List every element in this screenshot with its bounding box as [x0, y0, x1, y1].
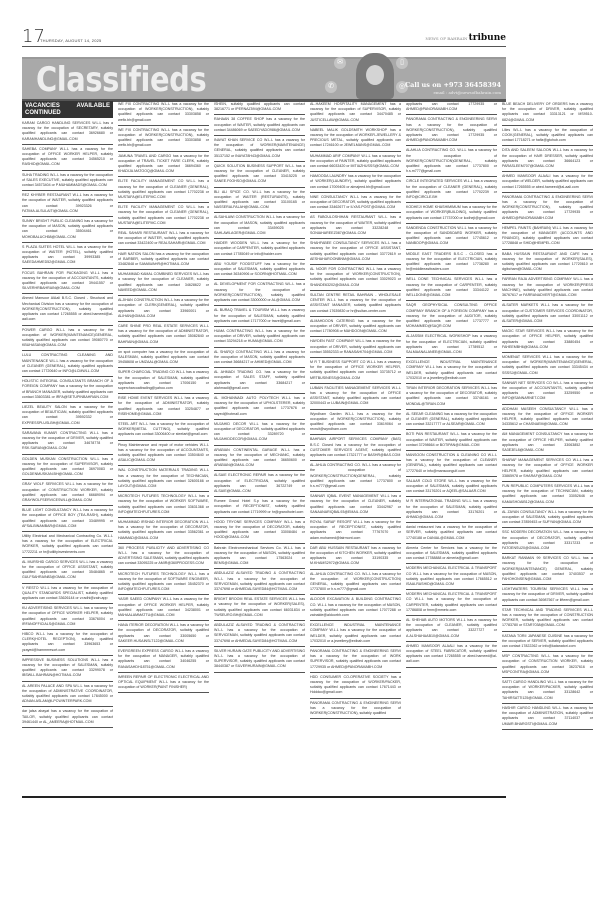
- classified-ad: FOCUS BAHRAIN FOR PACKAGING W.L.L has a …: [22, 270, 113, 295]
- classified-ad: BLUE LIGHT CONSULTANCY W.L.L has a vacan…: [22, 507, 113, 532]
- column-3: ISHEIN, suitably qualified applicants ca…: [214, 101, 305, 796]
- classified-ad: LIEZEL BEAUTY SALON has a vacancy for th…: [22, 404, 113, 429]
- classified-ad: AL NOOR FOR CONTRACTING W.L.L has a vaca…: [310, 266, 401, 291]
- classified-ad: HEMPEL PAINTS (BAHRAIN) W.L.L has a vaca…: [502, 225, 593, 250]
- ad-list: applicants can contact 17729935 or AHMED…: [406, 101, 497, 668]
- ad-list: AL-HAKEEM HOSPITALITY MANAGEMENT has a v…: [310, 101, 401, 719]
- classified-ad: SULTAN CENTRE RETAIL BAHRAIN - WHOLESALE…: [310, 292, 401, 317]
- classified-ad: ALSAIE ELECTRONIC REPAIR has a vacancy f…: [214, 472, 305, 497]
- classified-ad: MICROTECH FUTURES TECHNOLOGY W.L.L has a…: [118, 571, 209, 596]
- classified-ad: Pinoy Maintenance and repair of motor ve…: [118, 442, 209, 467]
- classified-ad: MAGIC STAR SERVICES W.L.L has a vacancy …: [502, 328, 593, 353]
- classified-ad: Wyndham Garden W.L.L has a vacancy for t…: [310, 411, 401, 436]
- classified-ad: M R T BUSINESS SUPPORT CO W.L.L has a va…: [310, 359, 401, 384]
- classified-ad: SSC MODERN DECORATION W.L.L has a vacanc…: [502, 529, 593, 554]
- classified-ad: IMPRESSIVE BUSINESS SOLUTIONS W.L.L has …: [22, 657, 113, 682]
- classified-ad: REAL SAHARI RESTAURANT W.L.L has a vacan…: [118, 230, 209, 250]
- classified-ad: PANORAMA CONTRACTING & ENGINEERING SERVI…: [502, 194, 593, 224]
- classified-ad: MUHAMMAD IRSHAD INTERIOR DECORATION W.L.…: [118, 519, 209, 544]
- classified-ad: KU ADVERTISING SERVICES W.L.L has a vaca…: [22, 605, 113, 630]
- classified-ad: WELL DONE TECHNICAL SERVICES W.L.L has a…: [406, 276, 497, 301]
- call-us-text: Call us on +973 36458394: [405, 81, 501, 89]
- classified-ad: HOOD TRYONE SERVICES COMPANY W.L.L has a…: [214, 519, 305, 544]
- classified-ad: KATANA TORII JAPANESE CUISINE has a vaca…: [502, 633, 593, 653]
- logo-text: tribune: [469, 33, 506, 43]
- classified-ad: SANNAR IQBAL EVENT MANAGEMENT W.L.L has …: [310, 493, 401, 518]
- classified-ad: MUHAMMAD KAMAL COMBINED SERVICES W.L.L h…: [118, 271, 209, 296]
- classified-ad: TIRAN INTERIOR DECORATION SERVICES W.L.L…: [406, 385, 497, 410]
- envelope-icon: ✉: [334, 57, 346, 69]
- classified-ad: SANNAR NET SERVICES CO W.L.L has a vacan…: [502, 380, 593, 405]
- classified-ad: HAIDER WOODEN W.L.L has a vacancy for th…: [214, 240, 305, 260]
- classified-ad: PANORAMA CONTRACTING & ENGINEERING SERVI…: [310, 700, 401, 720]
- column-4: AL-HAKEEM HOSPITALITY MANAGEMENT has a v…: [310, 101, 401, 796]
- classified-ad: AL DEVELOPMENT FOR CONTRACTING W.L.L has…: [214, 281, 305, 306]
- classified-ad: AHMED MANSOOR ALAALI has a vacancy for t…: [406, 643, 497, 668]
- classified-ad: ALMAHDOON CATERING has a vacancy for the…: [310, 318, 401, 338]
- section-heading: VACANCIES AVAILABLE CONTINUED: [22, 101, 113, 118]
- classified-ad: Bahrain Electromechanical Services Co. W…: [214, 545, 305, 570]
- classified-ad: Almeria Center for Services has a vacanc…: [406, 545, 497, 565]
- classified-ad: ABU YOUSIF FOODSTUFF has a vacancy for t…: [214, 261, 305, 281]
- classified-ad: KARAM CARGO HANDLING SERVICES W.L.L has …: [22, 120, 113, 145]
- mascot-illustration: [356, 53, 394, 99]
- page-number: 17: [22, 26, 45, 47]
- classified-ad: ARABIAN CONTINENTAL GARAGE W.L.L has a v…: [214, 447, 305, 472]
- classified-ad: applicants can contact 17729935 or AHMED…: [406, 101, 497, 115]
- classified-ad: PANORAMA CONTRACTING & ENGINEERING SERVI…: [406, 116, 497, 146]
- classified-ad: Utility Electrical and Mechanical Contra…: [22, 533, 113, 558]
- classified-ad: HAYDEN FAST COMPANY W.L.L has a vacancy …: [310, 338, 401, 358]
- classified-ad: M R INTERNATIONAL TRADING W.L.L has a va…: [406, 498, 497, 523]
- bottom-rule: [22, 796, 506, 798]
- classified-ad: ADDHAM MASEEH CONSULTANCY W.L.L has a va…: [502, 406, 593, 431]
- mobile-icon: ▯: [396, 57, 408, 69]
- classified-ad: SILVER HURAIN GATE PUBLICITY AND ADVERTI…: [214, 648, 305, 673]
- classified-ad: HASHIR CARGO HANDLING W.L.L has a vacanc…: [502, 705, 593, 730]
- classified-ad: on spot computer has a vacancy for the o…: [118, 349, 209, 369]
- page-header: 17 THURSDAY, AUGUST 14, 2025 NEWS OF BAH…: [22, 32, 506, 47]
- classified-ad: AM MANAGEMENT CONSULTANCY has a vacancy …: [502, 431, 593, 456]
- classified-ad: Rumee Grand Hotel S.p has a vacancy for …: [214, 498, 305, 518]
- column-6: BLUE BEACH DELIVERY OF ORDERS has a vaca…: [502, 101, 593, 796]
- classifieds-columns: VACANCIES AVAILABLE CONTINUED KARAM CARG…: [22, 101, 599, 796]
- classified-ad: ELITE FACILITY MANAGEMENT CO W.L.L has a…: [118, 204, 209, 229]
- classified-ad: SAHEBA COMPANY W.L.L has a vacancy for t…: [22, 146, 113, 171]
- classified-ad: AL MOHANNADI AUTO POLYTECH W.L.L has a v…: [214, 395, 305, 420]
- classified-ad: DAR ABU HUSSAIN RESTAURANT has a vacancy…: [310, 545, 401, 570]
- classified-ad: LUBAIN FACILITIES MANAGEMENT SERVICES W.…: [310, 385, 401, 410]
- classified-ad: BRIGHT BROOM REAL ESTATE SERVICES W.L.L …: [214, 596, 305, 621]
- classified-ad: DITA AND SALEEM SALOON W.L.L has a vacan…: [502, 147, 593, 172]
- classified-ad: dar jalsa abayat has a vacancy for the o…: [22, 708, 113, 728]
- classified-ad: CIRCLE INTEGRATED SERVICES W.L.L has a v…: [406, 178, 497, 203]
- classified-ad: IMREEN REPAIR OF ELECTRONIC ELECTRICAL A…: [118, 674, 209, 694]
- classified-ad: RISE HOME EVENT SERVICES W.L.L has a vac…: [118, 395, 209, 420]
- classified-ad: SARAVANA KUMAR CONTRACTING W.L.L has a v…: [22, 430, 113, 455]
- classified-ad: ABDULAZIZ ALSAYED TRADING & CONTRACTING …: [214, 570, 305, 595]
- classified-ad: ALAHLIA CONTRACTING CO. W.L.L has a vaca…: [406, 147, 497, 177]
- contact-email: email : advt@newsofbahrain.com: [433, 90, 501, 95]
- classified-ad: SALAAR COLD STORE W.L.L has a vacancy fo…: [406, 478, 497, 498]
- banner-title: Classifieds: [36, 60, 206, 100]
- classified-ad: AS FABOULOSHIHAN RESTAURANT W.L.L has a …: [310, 214, 401, 239]
- classified-ad: AL-HAKEEM HOSPITALITY MANAGEMENT has a v…: [310, 101, 401, 126]
- ad-list: KARAM CARGO HANDLING SERVICES W.L.L has …: [22, 120, 113, 728]
- classified-ad: NINE CONSULTANCY W.L.L has a vacancy for…: [310, 194, 401, 214]
- classified-ad: WE FIX CONTRACTING W.L.L has a vacancy f…: [118, 127, 209, 152]
- classified-ad: CARE SHINE PRO REAL ESTATE SERVICES W.L.…: [118, 323, 209, 348]
- classified-ad: ALSATER MARKETS W.L.L has a vacancy for …: [502, 302, 593, 327]
- classified-ad: HDD CONSUMER CO-OPERATIVE SOCIETY has a …: [310, 674, 401, 699]
- classified-ad: Lilies W.L.L has a vacancy for the occup…: [502, 127, 593, 147]
- classified-ad: WAL CONSTRUCTION MATERIALS TRADING W.L.L…: [118, 467, 209, 492]
- classified-ad: SATTI CARGO HANDLING W.L.L has a vacancy…: [502, 679, 593, 704]
- classified-ad: JAMUNA TRAVEL AND CARGO has a vacancy fo…: [118, 153, 209, 178]
- classified-ad: EXCELLENCE INDUSTRIAL MAINTENANCE COMPAN…: [406, 359, 497, 384]
- classified-ad: MSP CONTRACTING W.L.L has a vacancy for …: [502, 653, 593, 678]
- classified-ad: STAR TECHNICAL AND TRADING SERVICES W.L.…: [502, 607, 593, 632]
- classified-ad: MOMENAT SERVICES W.L.L has a vacancy for…: [502, 354, 593, 379]
- classified-ad: QUICK SOLUTION BUSINESS SUPPORT W.L.L ha…: [214, 163, 305, 188]
- classified-ad: MIDDLE EAST TRADERS B.S.C - CLOSED has a…: [406, 251, 497, 276]
- classified-ad: HANA ITERIOR DECORATION W.L.L has a vaca…: [118, 622, 209, 647]
- classified-ad: LULU CONTRACTING CLEANING AND MAINTENANC…: [22, 352, 113, 377]
- classified-ad: AL SHEHAB AUTO MOTORS W.L.L has a vacanc…: [406, 617, 497, 642]
- classified-ad: S PLAZA SUITES HOTEL W.L.L has a vacancy…: [22, 244, 113, 269]
- newspaper-logo: NEWS OF BAHRAINtribune: [425, 33, 506, 43]
- classified-ad: PANORAMA CONTRACTING & ENGINEERING SERVI…: [310, 648, 401, 673]
- classified-ad: Ahmed Mansoor AlAali B.S.C. Closed - Str…: [22, 295, 113, 325]
- classified-ad: ELITE FACILITY MANAGEMENT CO W.L.L has a…: [118, 178, 209, 203]
- classified-ad: SUNNY BRIGHT PUBLIC CLEANING has a vacan…: [22, 218, 113, 243]
- classified-ad: AL-AHLIA CONTRACTING CO. W.L.L has a vac…: [310, 571, 401, 596]
- classified-ad: HAIR NATION SALON has a vacancy for the …: [118, 251, 209, 271]
- classified-ad: NABEEL MALIK GOLDSMITH WORKSHOP has a va…: [310, 127, 401, 152]
- phone-icon: ✆: [325, 81, 337, 93]
- classified-ad: AL SHARQI CONTRACTING W.L.L has a vacanc…: [214, 349, 305, 369]
- classified-ad: STEEL ART W.L.L has a vacancy for the oc…: [118, 421, 209, 441]
- classified-ad: FARRAN RAJA ADVERTISING COMPANY W.L.L ha…: [502, 276, 593, 301]
- classified-ad: GRAY WOLF SERVICES W.L.L has a vacancy f…: [22, 481, 113, 506]
- classified-ad: EXCELLENCE INDUSTRIAL MAINTENANCE COMPAN…: [310, 622, 401, 647]
- classified-ad: AHMED MANSOOR ALAALI has a vacancy for t…: [502, 173, 593, 193]
- classified-ad: SAQR GEOPHYSICAL CONSULTING OFFICE COMPA…: [406, 302, 497, 332]
- classified-ad: INAYAT KHAN SERVICE CO W.L.L has a vacan…: [214, 137, 305, 162]
- classified-ad: MICROTECH FUTURES TECHNOLOGY W.L.L has a…: [118, 493, 209, 518]
- classified-ad: WE FIX CONTRACTING W.L.L has a vacancy f…: [118, 101, 209, 126]
- classified-ad: MUHAMMAD ARIF COMPANY W.L.L has a vacanc…: [310, 153, 401, 173]
- ad-list: BLUE BEACH DELIVERY OF ORDERS has a vaca…: [502, 101, 593, 730]
- classified-ad: HIBCO W.L.L has a vacancy for the occupa…: [22, 631, 113, 656]
- classified-ad: ROYAL SARAF RESORT W.L.L has a vacancy f…: [310, 519, 401, 544]
- classified-ad: AL AREEN PALACE AND SPA W.L.L has a vaca…: [22, 683, 113, 708]
- classified-ad: MUJAHID DECOR W.L.L has a vacancy for th…: [214, 421, 305, 446]
- classified-ad: HUMA CONTRACTING W.L.L has a vacancy for…: [214, 328, 305, 348]
- classified-ad: BLI ALI SPICE CO. W.L.L has a vacancy fo…: [214, 189, 305, 214]
- column-2: WE FIX CONTRACTING W.L.L has a vacancy f…: [118, 101, 209, 796]
- classified-ad: EVERGREEN EXPRESS CARGO W.L.L has a vaca…: [118, 648, 209, 673]
- classified-ad: BLUE BEACH DELIVERY OF ORDERS has a vaca…: [502, 101, 593, 126]
- classified-ad: BARKAT RANMAN 99 SERVICES CO W.L.L has a…: [502, 555, 593, 585]
- classified-ad: BAHRAIN AIRPORT SERVICES COMPANY (BAS) B…: [310, 436, 401, 461]
- classified-ad: YASIR SAEED COMPANY W.L.L has a vacancy …: [118, 596, 209, 621]
- classified-ad: POWER CARGO W.L.L has a vacancy for the …: [22, 327, 113, 352]
- classified-ad: ALJASSIM ELECTRICAL WORKSHOP has a vacan…: [406, 333, 497, 358]
- issue-date: THURSDAY, AUGUST 14, 2025: [40, 38, 101, 43]
- classified-ad: MANSOON CONSTRUCTION & CLEANING CO W.L.L…: [406, 452, 497, 477]
- classified-ad: ALJIHAN CONSTRUCTION W.L.L has a vacancy…: [118, 297, 209, 322]
- classified-ad: 360 PROCESS PUBLICITY AND ADVERTISING CO…: [118, 545, 209, 570]
- logo-prefix: NEWS OF BAHRAIN: [425, 36, 467, 41]
- classified-ad: ALDOOR EXCAVATION & BUILDING CONTRACTING…: [310, 596, 401, 621]
- classified-ad: AL SEEAR CLEANING has a vacancy for the …: [406, 411, 497, 431]
- ad-list: ISHEIN, suitably qualified applicants ca…: [214, 101, 305, 673]
- classified-ad: ALSAHLAWI CONSTRUCTION W.L.L has a vacan…: [214, 214, 305, 239]
- classified-ad: SUPER CHARCOAL TRADING CO W.L.L has a va…: [118, 369, 209, 394]
- classifieds-banner: Classifieds ✉ ✆ ▯ ◎ Call us on +973 3645…: [22, 57, 506, 102]
- classified-ad: AL AHMADI TRADING CO. has a vacancy for …: [214, 369, 305, 394]
- classified-ad: SUHA TRADING W.L.L has a vacancy for the…: [22, 172, 113, 192]
- column-5: applicants can contact 17729935 or AHMED…: [406, 101, 497, 796]
- classified-ad: HOLISTIC INTEGRAL CONSULTANTS BRANCH OF …: [22, 378, 113, 403]
- classified-ad: SANDENDA CONSTRUCTION W.L.L has a vacanc…: [406, 225, 497, 250]
- classified-ad: GOLDEN MUSKAN CONSTRUCTION W.L.L has a v…: [22, 456, 113, 481]
- classified-ad: ABDULAZIZ ALSAYED TRADING & CONTRACTING …: [214, 622, 305, 647]
- classified-ad: AL ZAYAN CONSULTANCY W.L.L has a vacancy…: [502, 509, 593, 529]
- classified-ad: KODHEJI HOME KHASHIMIMUM has a vacancy f…: [406, 204, 497, 224]
- classified-ad: danial restaurant has a vacancy for the …: [406, 524, 497, 544]
- classified-ad: BOTI PAN RESTAURANT W.L.L has a vacancy …: [406, 431, 497, 451]
- classified-ad: AL MURSHID CARGO SERVICES W.L.L has a va…: [22, 559, 113, 584]
- classified-ad: AL BURAQ TRAVEL & TOURISM W.L.L has a va…: [214, 307, 305, 327]
- classified-ad: AL-AHLIA CONTRACTING CO. W.L.L has a vac…: [310, 462, 401, 492]
- classified-ad: SHAHFABEE CONSULTANCY SERVICES W.L.L has…: [310, 240, 401, 265]
- classified-ad: MODERN MECHANICAL ELECTRICAL & TRANSPORT…: [406, 565, 497, 590]
- classified-ad: RAHAAN 38 COFFEE SHOP has a vacancy for …: [214, 116, 305, 136]
- classified-ad: SHARAF MANAGEMENT SERVICES CO W.L.L has …: [502, 457, 593, 482]
- classified-ad: ISHEIN, suitably qualified applicants ca…: [214, 101, 305, 115]
- ad-list: WE FIX CONTRACTING W.L.L has a vacancy f…: [118, 101, 209, 693]
- classified-ad: LIGHTWATERS TOURISM SERVICES W.L.L has a…: [502, 586, 593, 606]
- classified-ad: V RESTO W.L.L has a vacancy for the occu…: [22, 585, 113, 605]
- classified-ad: MODERN MECHANICAL ELECTRICAL & TRANSPORT…: [406, 591, 497, 616]
- classified-ad: REZ KHYBER RESTAURANT W.L.L has a vacanc…: [22, 192, 113, 217]
- classified-ad: BABA HUSSAIN RESTAURANT AND CAFE has a v…: [502, 251, 593, 276]
- classified-ad: HAMOODA LAUNDRY has a vacancy for the oc…: [310, 173, 401, 193]
- column-1: VACANCIES AVAILABLE CONTINUED KARAM CARG…: [22, 101, 113, 796]
- classified-ad: FUN REPUBLIC COMPUTERS SERVICES W.L.L ha…: [502, 483, 593, 508]
